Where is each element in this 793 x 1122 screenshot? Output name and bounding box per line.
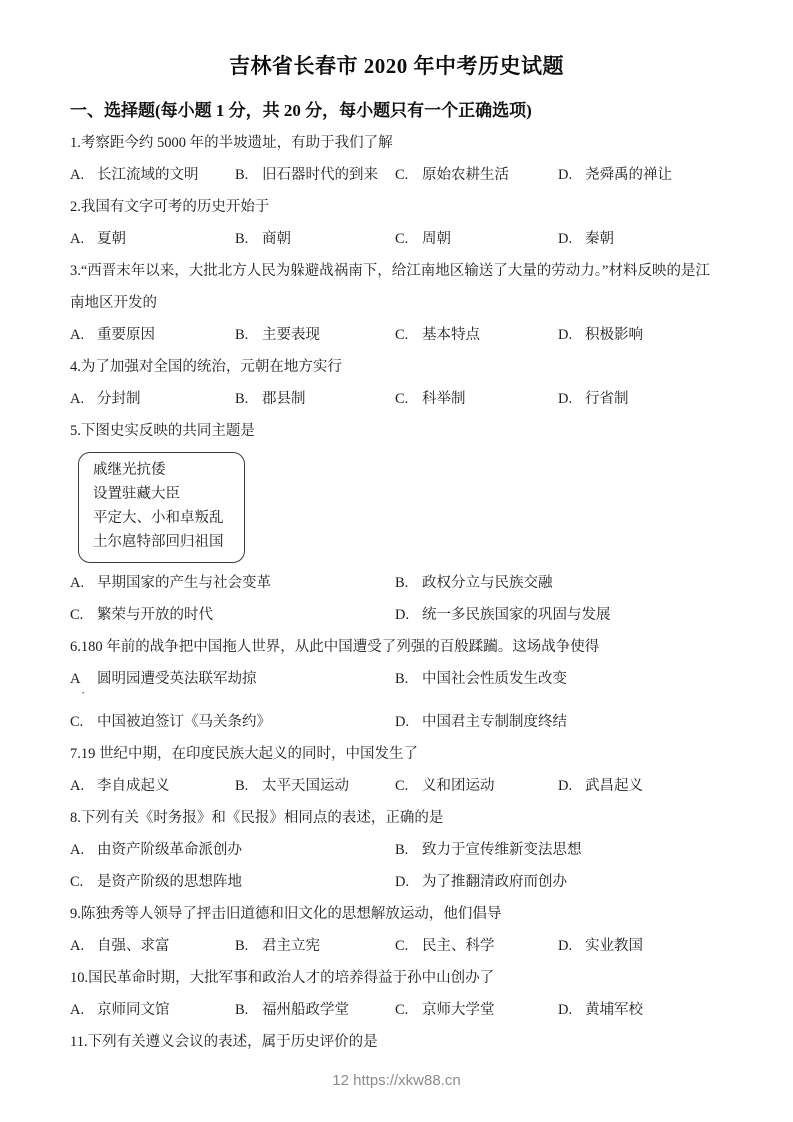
question-option: B.致力于宣传维新变法思想 <box>395 834 723 866</box>
question-option: C.繁荣与开放的时代 <box>70 599 395 631</box>
option-text: 周朝 <box>422 231 451 247</box>
option-label: D. <box>395 599 422 631</box>
question-9: 9.陈独秀等人领导了抨击旧道德和旧文化的思想解放运动，他们倡导 A.自强、求富 … <box>70 898 723 962</box>
option-label: C. <box>395 159 422 191</box>
question-option: D.中国君主专制制度终结 <box>395 706 723 738</box>
question-option: A.长江流域的文明 <box>70 159 235 191</box>
question-text: 10.国民革命时期，大批军事和政治人才的培养得益于孙中山创办了 <box>70 962 723 994</box>
option-label: D. <box>558 930 585 962</box>
option-label: D. <box>558 994 585 1026</box>
history-facts-box: 戚继光抗倭 设置驻藏大臣 平定大、小和卓叛乱 土尔扈特部回归祖国 <box>78 452 245 563</box>
option-label: D. <box>558 770 585 802</box>
option-text: 中国君主专制制度终结 <box>422 714 567 730</box>
option-text: 自强、求富 <box>97 938 170 954</box>
option-text: 圆明园遭受英法联军劫掠 <box>97 671 257 687</box>
question-options: A.长江流域的文明 B.旧石器时代的到来 C.原始农耕生活 D.尧舜禹的禅让 <box>70 159 723 191</box>
option-text: 黄埔军校 <box>585 1002 643 1018</box>
question-option: C.科举制 <box>395 383 558 415</box>
question-option: A圆明园遭受英法联军劫掠 <box>70 663 395 695</box>
facts-box-line: 戚继光抗倭 <box>93 458 224 482</box>
facts-box-line: 设置驻藏大臣 <box>93 482 224 506</box>
option-text: 实业教国 <box>585 938 643 954</box>
question-option: C.京师大学堂 <box>395 994 558 1026</box>
option-text: 民主、科学 <box>422 938 495 954</box>
option-text: 科举制 <box>422 391 466 407</box>
question-5: 5.下图史实反映的共同主题是 戚继光抗倭 设置驻藏大臣 平定大、小和卓叛乱 土尔… <box>70 415 723 631</box>
question-option: D.行省制 <box>558 383 723 415</box>
question-option: D.尧舜禹的禅让 <box>558 159 723 191</box>
option-text: 中国被迫签订《马关条约》 <box>97 714 271 730</box>
question-option: D.武昌起义 <box>558 770 723 802</box>
question-1: 1.考察距今约 5000 年的半坡遗址，有助于我们了解 A.长江流域的文明 B.… <box>70 127 723 191</box>
option-label: B. <box>235 994 262 1026</box>
question-options: A.早期国家的产生与社会变革 B.政权分立与民族交融 <box>70 567 723 599</box>
option-text: 郡县制 <box>262 391 306 407</box>
question-option: C.基本特点 <box>395 319 558 351</box>
question-option: C.中国被迫签订《马关条约》 <box>70 706 395 738</box>
question-options: A圆明园遭受英法联军劫掠 B.中国社会性质发生改变 · C.中国被迫签订《马关条… <box>70 663 723 738</box>
option-label: D. <box>558 383 585 415</box>
option-text: 京师大学堂 <box>422 1002 495 1018</box>
question-option: D.黄埔军校 <box>558 994 723 1026</box>
option-label: A. <box>70 567 97 599</box>
question-2: 2.我国有文字可考的历史开始于 A.夏朝 B.商朝 C.周朝 D.秦朝 <box>70 191 723 255</box>
option-text: 君主立宪 <box>262 938 320 954</box>
option-label: C. <box>70 706 97 738</box>
question-option: B.政权分立与民族交融 <box>395 567 723 599</box>
option-text: 商朝 <box>262 231 291 247</box>
question-option: B.郡县制 <box>235 383 395 415</box>
option-text: 李自成起义 <box>97 778 170 794</box>
question-option: B.福州船政学堂 <box>235 994 395 1026</box>
option-label: A. <box>70 834 97 866</box>
question-text: 7.19 世纪中期，在印度民族大起义的同时，中国发生了 <box>70 738 723 770</box>
question-option: D.实业教国 <box>558 930 723 962</box>
option-label: B. <box>395 834 422 866</box>
option-label: D. <box>558 223 585 255</box>
question-option: D.为了推翻清政府而创办 <box>395 866 723 898</box>
question-option: B.太平天国运动 <box>235 770 395 802</box>
question-option: C.民主、科学 <box>395 930 558 962</box>
facts-box-line: 土尔扈特部回归祖国 <box>93 530 224 554</box>
option-label: B. <box>235 930 262 962</box>
option-text: 为了推翻清政府而创办 <box>422 874 567 890</box>
question-text: 2.我国有文字可考的历史开始于 <box>70 191 723 223</box>
option-text: 义和团运动 <box>422 778 495 794</box>
question-text: 1.考察距今约 5000 年的半坡遗址，有助于我们了解 <box>70 127 723 159</box>
question-option: B.君主立宪 <box>235 930 395 962</box>
question-option: A.早期国家的产生与社会变革 <box>70 567 395 599</box>
question-option: A.由资产阶级革命派创办 <box>70 834 395 866</box>
option-text: 主要表现 <box>262 327 320 343</box>
question-8: 8.下列有关《时务报》和《民报》相同点的表述，正确的是 A.由资产阶级革命派创办… <box>70 802 723 898</box>
option-text: 政权分立与民族交融 <box>422 575 553 591</box>
option-text: 秦朝 <box>585 231 614 247</box>
question-10: 10.国民革命时期，大批军事和政治人才的培养得益于孙中山创办了 A.京师同文馆 … <box>70 962 723 1026</box>
option-label: A. <box>70 223 97 255</box>
option-label: B. <box>395 567 422 599</box>
option-text: 分封制 <box>97 391 141 407</box>
question-option: B.旧石器时代的到来 <box>235 159 395 191</box>
facts-box-line: 平定大、小和卓叛乱 <box>93 506 224 530</box>
question-option: C.义和团运动 <box>395 770 558 802</box>
option-text: 积极影响 <box>585 327 643 343</box>
option-text: 行省制 <box>585 391 629 407</box>
option-text: 重要原因 <box>97 327 155 343</box>
question-option: B.中国社会性质发生改变 <box>395 663 723 695</box>
question-options: A.自强、求富 B.君主立宪 C.民主、科学 D.实业教国 <box>70 930 723 962</box>
question-text: 8.下列有关《时务报》和《民报》相同点的表述，正确的是 <box>70 802 723 834</box>
option-text: 尧舜禹的禅让 <box>585 167 672 183</box>
question-option: C.原始农耕生活 <box>395 159 558 191</box>
option-label: B. <box>395 663 422 695</box>
question-options: C.繁荣与开放的时代 D.统一多民族国家的巩固与发展 <box>70 599 723 631</box>
question-4: 4.为了加强对全国的统治，元朝在地方实行 A.分封制 B.郡县制 C.科举制 D… <box>70 351 723 415</box>
option-text: 由资产阶级革命派创办 <box>97 842 242 858</box>
option-text: 长江流域的文明 <box>97 167 199 183</box>
option-label: A. <box>70 319 97 351</box>
option-label: C. <box>395 930 422 962</box>
page-title: 吉林省长春市 2020 年中考历史试题 <box>70 50 723 80</box>
question-option: C.是资产阶级的思想阵地 <box>70 866 395 898</box>
exam-page: 吉林省长春市 2020 年中考历史试题 一、选择题(每小题 1 分，共 20 分… <box>0 0 793 1122</box>
question-text: 11.下列有关遵义会议的表述，属于历史评价的是 <box>70 1026 723 1058</box>
question-option: B.商朝 <box>235 223 395 255</box>
question-6: 6.180 年前的战争把中国拖人世界，从此中国遭受了列强的百般蹂躏。这场战争使得… <box>70 631 723 738</box>
question-option: B.主要表现 <box>235 319 395 351</box>
question-option: D.秦朝 <box>558 223 723 255</box>
question-option-row: C.中国被迫签订《马关条约》 D.中国君主专制制度终结 <box>70 706 723 738</box>
option-text: 致力于宣传维新变法思想 <box>422 842 582 858</box>
option-text: 福州船政学堂 <box>262 1002 349 1018</box>
question-text: 5.下图史实反映的共同主题是 <box>70 415 723 447</box>
question-11: 11.下列有关遵义会议的表述，属于历史评价的是 <box>70 1026 723 1058</box>
option-text: 繁荣与开放的时代 <box>97 607 213 623</box>
option-label: B. <box>235 159 262 191</box>
question-options: A.李自成起义 B.太平天国运动 C.义和团运动 D.武昌起义 <box>70 770 723 802</box>
option-label: B. <box>235 319 262 351</box>
question-options: A.重要原因 B.主要表现 C.基本特点 D.积极影响 <box>70 319 723 351</box>
question-options: C.是资产阶级的思想阵地 D.为了推翻清政府而创办 <box>70 866 723 898</box>
question-options: A.由资产阶级革命派创办 B.致力于宣传维新变法思想 <box>70 834 723 866</box>
option-label: A. <box>70 770 97 802</box>
question-option: A.夏朝 <box>70 223 235 255</box>
option-label: C. <box>395 994 422 1026</box>
question-3: 3.“西晋末年以来，大批北方人民为躲避战祸南下，给江南地区输送了大量的劳动力。”… <box>70 255 723 351</box>
option-label: B. <box>235 383 262 415</box>
option-text: 太平天国运动 <box>262 778 349 794</box>
section-heading: 一、选择题(每小题 1 分，共 20 分，每小题只有一个正确选项) <box>70 96 723 121</box>
option-label: A. <box>70 383 97 415</box>
option-label: D. <box>395 706 422 738</box>
option-label: C. <box>70 599 97 631</box>
option-text: 旧石器时代的到来 <box>262 167 378 183</box>
question-option: D.统一多民族国家的巩固与发展 <box>395 599 723 631</box>
question-options: A.分封制 B.郡县制 C.科举制 D.行省制 <box>70 383 723 415</box>
question-option: D.积极影响 <box>558 319 723 351</box>
question-text: 9.陈独秀等人领导了抨击旧道德和旧文化的思想解放运动，他们倡导 <box>70 898 723 930</box>
option-text: 京师同文馆 <box>97 1002 170 1018</box>
option-text: 是资产阶级的思想阵地 <box>97 874 242 890</box>
option-text: 统一多民族国家的巩固与发展 <box>422 607 611 623</box>
footer-watermark: 12 https://xkw88.cn <box>70 1072 723 1089</box>
option-label: A. <box>70 994 97 1026</box>
option-text: 武昌起义 <box>585 778 643 794</box>
option-text: 原始农耕生活 <box>422 167 509 183</box>
question-option: A.李自成起义 <box>70 770 235 802</box>
question-option: A.分封制 <box>70 383 235 415</box>
option-label: B. <box>235 770 262 802</box>
question-options: A.京师同文馆 B.福州船政学堂 C.京师大学堂 D.黄埔军校 <box>70 994 723 1026</box>
option-text: 夏朝 <box>97 231 126 247</box>
option-label: C. <box>70 866 97 898</box>
option-label: D. <box>558 159 585 191</box>
question-option-row: A圆明园遭受英法联军劫掠 B.中国社会性质发生改变 <box>70 663 723 695</box>
question-text: 3.“西晋末年以来，大批北方人民为躲避战祸南下，给江南地区输送了大量的劳动力。”… <box>70 255 723 319</box>
option-text: 中国社会性质发生改变 <box>422 671 567 687</box>
question-option: C.周朝 <box>395 223 558 255</box>
option-label: C. <box>395 319 422 351</box>
option-label: A. <box>70 159 97 191</box>
question-option: A.自强、求富 <box>70 930 235 962</box>
stray-dot-artifact: · <box>81 686 85 699</box>
question-options: A.夏朝 B.商朝 C.周朝 D.秦朝 <box>70 223 723 255</box>
option-label: C. <box>395 383 422 415</box>
option-label: C. <box>395 223 422 255</box>
question-option: A.重要原因 <box>70 319 235 351</box>
option-label: D. <box>395 866 422 898</box>
spacer <box>70 695 723 706</box>
option-label: C. <box>395 770 422 802</box>
option-text: 基本特点 <box>422 327 480 343</box>
question-7: 7.19 世纪中期，在印度民族大起义的同时，中国发生了 A.李自成起义 B.太平… <box>70 738 723 802</box>
question-option: A.京师同文馆 <box>70 994 235 1026</box>
question-text: 6.180 年前的战争把中国拖人世界，从此中国遭受了列强的百般蹂躏。这场战争使得 <box>70 631 723 663</box>
question-text: 4.为了加强对全国的统治，元朝在地方实行 <box>70 351 723 383</box>
option-label: D. <box>558 319 585 351</box>
option-label: B. <box>235 223 262 255</box>
option-text: 早期国家的产生与社会变革 <box>97 575 271 591</box>
option-label: A. <box>70 930 97 962</box>
